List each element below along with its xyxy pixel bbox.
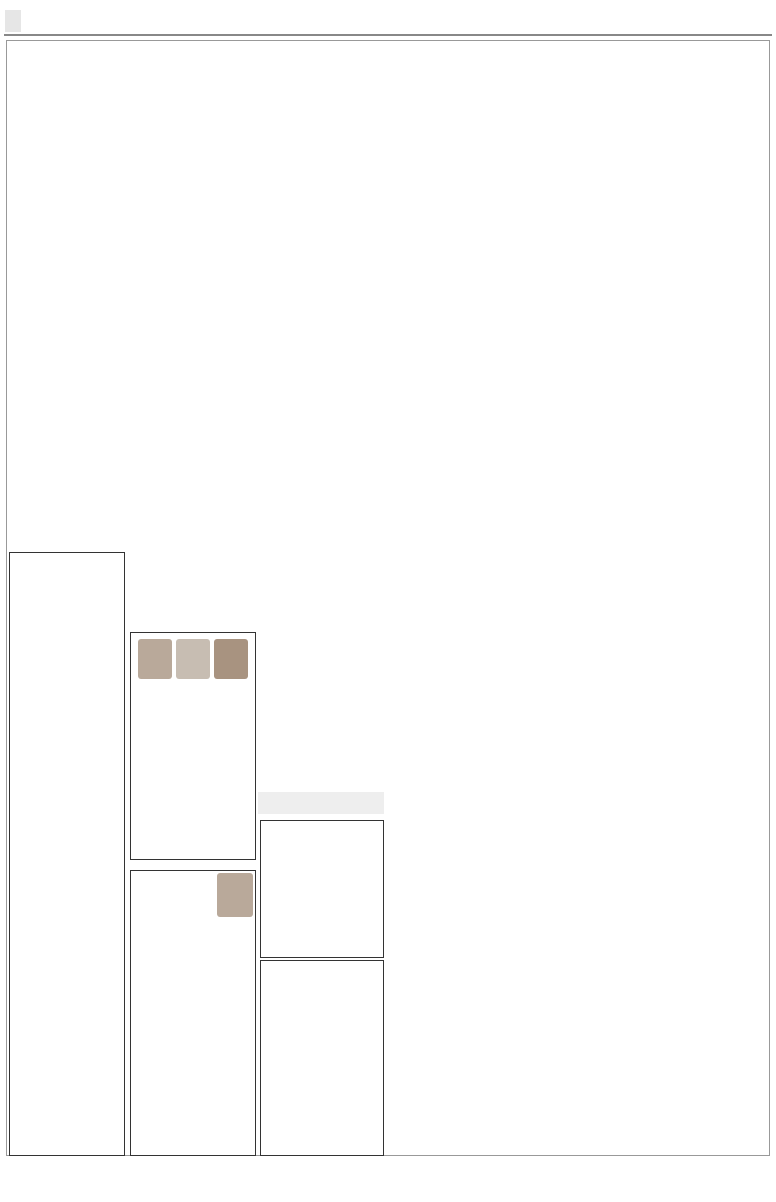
person-photo [217,873,253,917]
person-photo [214,639,248,679]
column-3 [258,44,384,804]
person-photo [176,639,210,679]
person-photo [138,639,172,679]
estate-notice-signature [131,694,255,698]
notice-photos [131,637,255,686]
column-4 [388,44,514,964]
column-1 [9,44,125,544]
public-notices-box [9,552,125,1156]
blank-ad-space [258,792,384,814]
page-number [5,10,21,32]
estate-public-notice-2 [130,870,256,1156]
notice-photo [215,871,255,924]
punjabi-notice-signature [261,825,383,829]
column-6-ads [520,44,646,894]
punjabi-notice-signature [261,965,383,969]
masthead [0,0,776,34]
punjabi-public-notice-2 [260,960,384,1156]
masthead-rule [4,34,772,36]
punjabi-public-notice-1 [260,820,384,958]
estate-public-notice-1 [130,632,256,860]
column-2 [130,44,254,624]
